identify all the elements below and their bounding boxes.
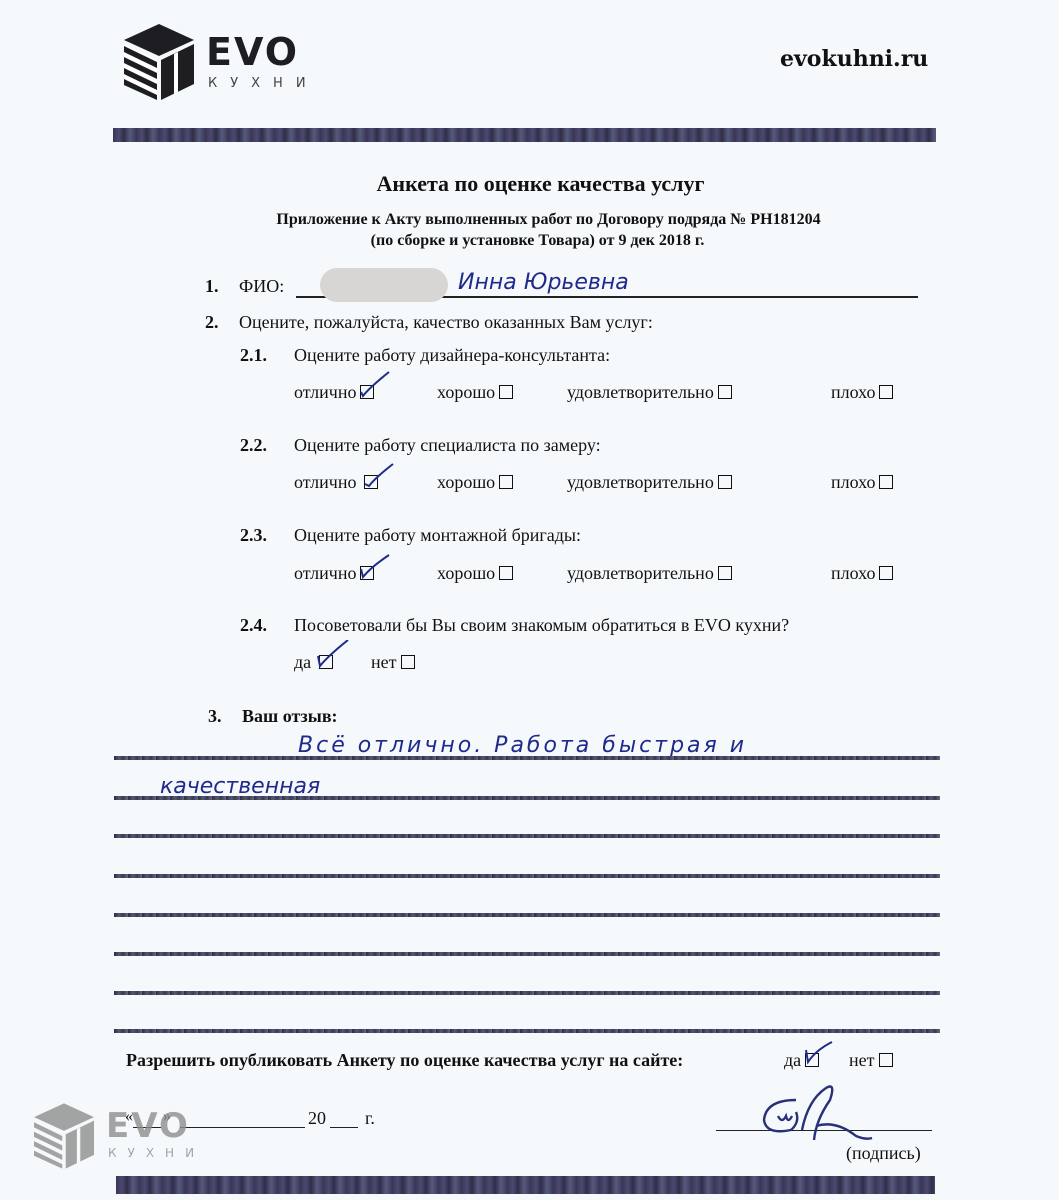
website-url: evokuhni.ru [780, 46, 928, 72]
q21-option-excellent[interactable]: отлично [294, 382, 374, 403]
q24-option-yes[interactable]: да [294, 652, 333, 673]
publish-option-yes[interactable]: да [784, 1050, 819, 1071]
checkbox[interactable] [879, 566, 893, 580]
watermark-evo-text: EVO [106, 1106, 190, 1146]
form-subtitle-2: (по сборке и установке Товара) от 9 дек … [0, 231, 1059, 251]
brand-logo: EVO КУХНИ [124, 24, 324, 100]
q21-option-satisfactory[interactable]: удовлетворительно [567, 382, 732, 403]
q24-option-no[interactable]: нет [371, 652, 415, 673]
review-line-1: Всё отлично. Работа быстрая и [298, 733, 747, 758]
checkbox[interactable] [718, 385, 732, 399]
checkbox-checked[interactable] [360, 566, 374, 580]
checkbox-checked[interactable] [319, 655, 333, 669]
q21-number: 2.1. [240, 345, 267, 366]
review-line[interactable] [114, 1029, 940, 1033]
q3-label: Ваш отзыв: [242, 706, 338, 727]
form-title: Анкета по оценке качества услуг [0, 171, 1059, 197]
publish-option-no[interactable]: нет [849, 1050, 893, 1071]
cube-watermark-icon [34, 1102, 94, 1170]
checkmark-icon [316, 640, 350, 670]
date-year-suffix: г. [365, 1108, 375, 1129]
brand-kuhni-text: КУХНИ [208, 76, 319, 91]
redacted-surname [320, 268, 448, 302]
review-line[interactable] [114, 991, 940, 995]
checkbox[interactable] [499, 385, 513, 399]
q2-label: Оцените, пожалуйста, качество оказанных … [239, 312, 653, 333]
q3-number: 3. [208, 706, 222, 727]
q22-label: Оцените работу специалиста по замеру: [294, 435, 601, 456]
q23-option-excellent[interactable]: отлично [294, 563, 374, 584]
q22-option-excellent[interactable]: отлично [294, 472, 378, 493]
fio-handwritten-value: Инна Юрьевна [458, 270, 629, 295]
checkbox-checked[interactable] [360, 385, 374, 399]
q23-option-satisfactory[interactable]: удовлетворительно [567, 563, 732, 584]
checkbox[interactable] [879, 385, 893, 399]
q23-number: 2.3. [240, 525, 267, 546]
review-line[interactable] [114, 834, 940, 838]
q23-label: Оцените работу монтажной бригады: [294, 525, 581, 546]
watermark-kuhni-text: КУХНИ [108, 1146, 205, 1160]
footer-divider [116, 1176, 935, 1194]
checkbox[interactable] [718, 475, 732, 489]
form-subtitle-1: Приложение к Акту выполненных работ по Д… [0, 210, 1059, 230]
q24-label: Посоветовали бы Вы своим знакомым обрати… [294, 615, 789, 636]
review-line[interactable] [114, 913, 940, 917]
q21-label: Оцените работу дизайнера-консультанта: [294, 345, 610, 366]
q23-option-bad[interactable]: плохо [831, 563, 893, 584]
review-line[interactable] [114, 756, 940, 760]
header-divider [113, 128, 936, 142]
checkmark-icon [802, 1038, 836, 1068]
signature-caption: (подпись) [846, 1143, 921, 1164]
date-year-prefix: 20 [308, 1108, 326, 1129]
signature-handwritten [756, 1080, 876, 1150]
q1-number: 1. [205, 276, 219, 297]
q22-option-satisfactory[interactable]: удовлетворительно [567, 472, 732, 493]
cube-logo-icon [124, 24, 194, 100]
checkbox[interactable] [718, 566, 732, 580]
q22-option-good[interactable]: хорошо [437, 472, 513, 493]
q21-option-bad[interactable]: плохо [831, 382, 893, 403]
brand-evo-text: EVO [206, 30, 299, 74]
checkmark-icon [357, 551, 391, 581]
checkbox[interactable] [879, 475, 893, 489]
review-line[interactable] [114, 874, 940, 878]
checkbox-checked[interactable] [805, 1053, 819, 1067]
checkmark-icon [361, 460, 395, 490]
watermark-logo: EVO КУХНИ [34, 1102, 214, 1172]
review-line[interactable] [114, 796, 940, 800]
checkbox[interactable] [499, 566, 513, 580]
q22-number: 2.2. [240, 435, 267, 456]
review-line[interactable] [114, 952, 940, 956]
q24-number: 2.4. [240, 615, 267, 636]
q21-option-good[interactable]: хорошо [437, 382, 513, 403]
q23-option-good[interactable]: хорошо [437, 563, 513, 584]
date-year-line[interactable] [330, 1127, 358, 1128]
checkmark-icon [357, 370, 391, 400]
q22-option-bad[interactable]: плохо [831, 472, 893, 493]
checkbox[interactable] [401, 655, 415, 669]
q2-number: 2. [205, 312, 219, 333]
checkbox[interactable] [879, 1053, 893, 1067]
checkbox[interactable] [499, 475, 513, 489]
q1-label: ФИО: [239, 276, 284, 297]
publish-label: Разрешить опубликовать Анкету по оценке … [126, 1050, 683, 1071]
checkbox-checked[interactable] [364, 475, 378, 489]
